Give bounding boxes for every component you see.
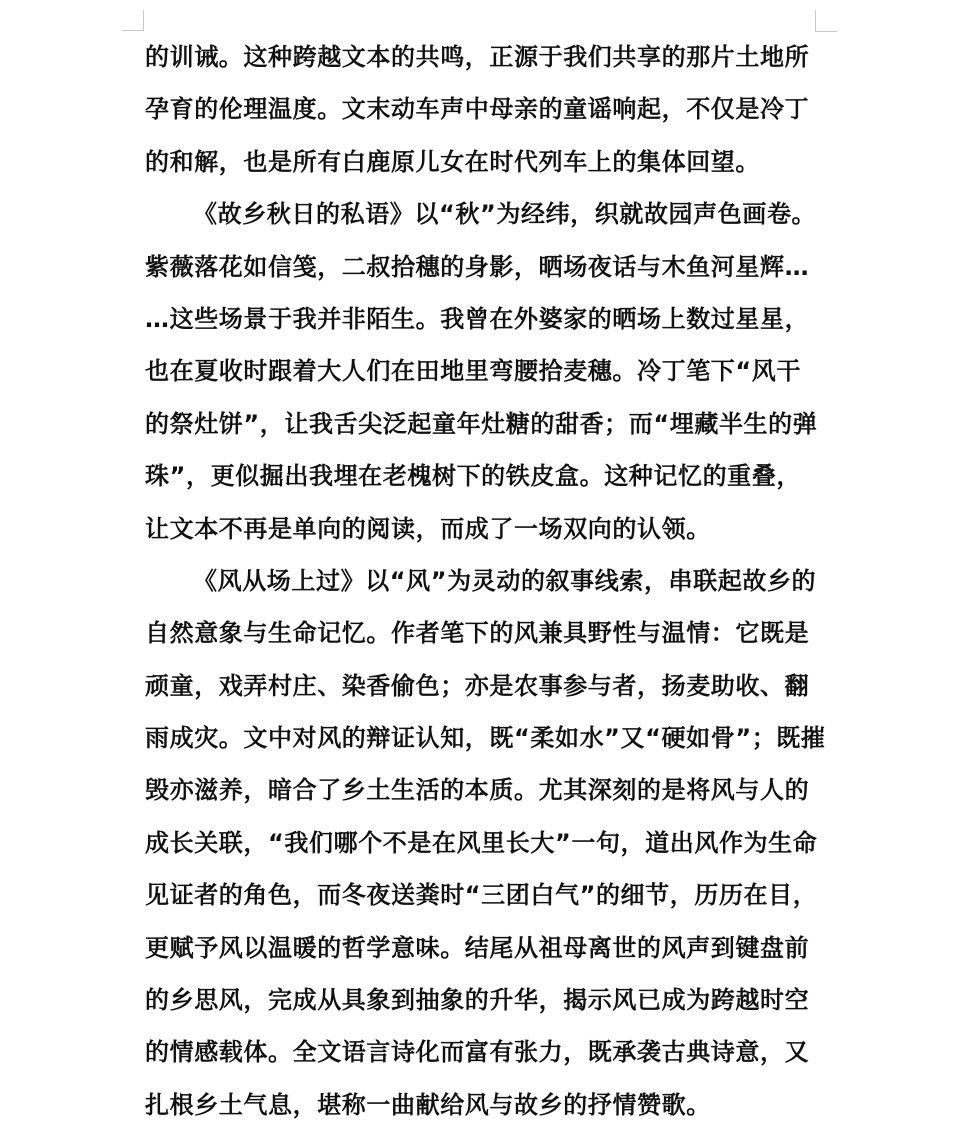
text-line: 让文本不再是单向的阅读，而成了一场双向的认领。	[145, 503, 825, 555]
text-line: 《风从场上过》以“风”为灵动的叙事线索，串联起故乡的	[145, 555, 825, 607]
document-body[interactable]: 的训诫。这种跨越文本的共鸣，正源于我们共享的那片土地所 孕育的伦理温度。文末动车…	[145, 31, 825, 1131]
text-line: 扎根乡土气息，堪称一曲献给风与故乡的抒情赞歌。	[145, 1079, 825, 1131]
text-line: 成长关联，“我们哪个不是在风里长大”一句，道出风作为生命	[145, 817, 825, 869]
text-line: …这些场景于我并非陌生。我曾在外婆家的晒场上数过星星，	[145, 293, 825, 345]
text-line: 的和解，也是所有白鹿原儿女在时代列车上的集体回望。	[145, 136, 825, 188]
text-line: 的训诫。这种跨越文本的共鸣，正源于我们共享的那片土地所	[145, 31, 825, 83]
text-line: 珠”，更似掘出我埋在老槐树下的铁皮盒。这种记忆的重叠，	[145, 450, 825, 502]
page-corner-mark-top-right	[815, 10, 837, 32]
text-line: 毁亦滋养，暗合了乡土生活的本质。尤其深刻的是将风与人的	[145, 764, 825, 816]
text-line: 孕育的伦理温度。文末动车声中母亲的童谣响起，不仅是冷丁	[145, 83, 825, 135]
text-line: 更赋予风以温暖的哲学意味。结尾从祖母离世的风声到键盘前	[145, 922, 825, 974]
text-line: 雨成灾。文中对风的辩证认知，既“柔如水”又“硬如骨”；既摧	[145, 712, 825, 764]
text-line: 顽童，戏弄村庄、染香偷色；亦是农事参与者，扬麦助收、翻	[145, 660, 825, 712]
text-line: 见证者的角色，而冬夜送粪时“三团白气”的细节，历历在目，	[145, 869, 825, 921]
text-line: 也在夏收时跟着大人们在田地里弯腰拾麦穗。冷丁笔下“风干	[145, 345, 825, 397]
paragraph-1: 的训诫。这种跨越文本的共鸣，正源于我们共享的那片土地所 孕育的伦理温度。文末动车…	[145, 31, 825, 188]
text-line: 的乡思风，完成从具象到抽象的升华，揭示风已成为跨越时空	[145, 974, 825, 1026]
page-corner-mark-top-left	[122, 10, 144, 31]
text-line: 《故乡秋日的私语》以“秋”为经纬，织就故园声色画卷。	[145, 188, 825, 240]
text-line: 自然意象与生命记忆。作者笔下的风兼具野性与温情：它既是	[145, 607, 825, 659]
paragraph-2: 《故乡秋日的私语》以“秋”为经纬，织就故园声色画卷。 紫薇落花如信笺，二叔拾穗的…	[145, 188, 825, 555]
text-line: 紫薇落花如信笺，二叔拾穗的身影，晒场夜话与木鱼河星辉…	[145, 241, 825, 293]
text-line: 的情感载体。全文语言诗化而富有张力，既承袭古典诗意，又	[145, 1026, 825, 1078]
paragraph-3: 《风从场上过》以“风”为灵动的叙事线索，串联起故乡的 自然意象与生命记忆。作者笔…	[145, 555, 825, 1131]
text-line: 的祭灶饼”，让我舌尖泛起童年灶糖的甜香；而“埋藏半生的弹	[145, 398, 825, 450]
